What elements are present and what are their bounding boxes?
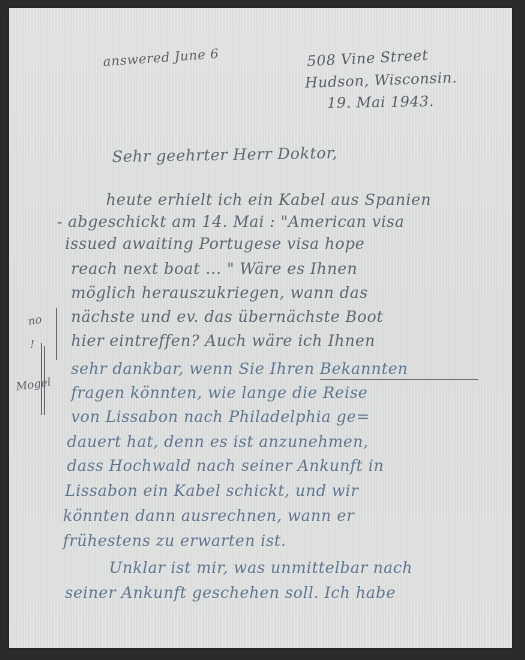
body-line: reach next boat ... " Wäre es Ihnen bbox=[71, 262, 358, 278]
margin-note-exclamation: ! bbox=[30, 338, 34, 351]
body-line: - abgeschickt am 14. Mai : "American vis… bbox=[57, 215, 405, 231]
body-line: könnten dann ausrechnen, wann er bbox=[63, 509, 354, 525]
body-line: von Lissabon nach Philadelphia ge= bbox=[71, 410, 370, 426]
body-line: seiner Ankunft geschehen soll. Ich habe bbox=[65, 586, 396, 602]
body-line: dauert hat, denn es ist anzunehmen, bbox=[67, 435, 369, 451]
margin-note-mogel: Mogel bbox=[15, 376, 51, 394]
body-line: nächste und ev. das übernächste Boot bbox=[71, 310, 383, 326]
letter-date: 19. Mai 1943. bbox=[327, 95, 434, 111]
body-line: hier eintreffen? Auch wäre ich Ihnen bbox=[71, 334, 375, 350]
margin-note-no: no bbox=[27, 313, 43, 328]
body-line: frühestens zu erwarten ist. bbox=[63, 534, 286, 550]
address-street: 508 Vine Street bbox=[307, 49, 429, 70]
answered-annotation: answered June 6 bbox=[103, 48, 220, 69]
body-line: Unklar ist mir, was unmittelbar nach bbox=[109, 561, 413, 577]
margin-bar-upper bbox=[56, 308, 57, 360]
underline-ihren-bekannten bbox=[320, 379, 478, 380]
salutation: Sehr geehrter Herr Doktor, bbox=[112, 146, 338, 165]
body-line: Lissabon ein Kabel schickt, und wir bbox=[65, 484, 359, 500]
body-line: fragen könnten, wie lange die Reise bbox=[71, 386, 368, 402]
address-city: Hudson, Wisconsin. bbox=[305, 71, 458, 91]
body-line: dass Hochwald nach seiner Ankunft in bbox=[67, 459, 384, 475]
body-line: möglich herauszukriegen, wann das bbox=[71, 286, 368, 302]
body-line: issued awaiting Portugese visa hope bbox=[65, 237, 365, 253]
body-line: sehr dankbar, wenn Sie Ihren Bekannten bbox=[71, 362, 408, 378]
letter-page: answered June 6 508 Vine Street Hudson, … bbox=[9, 8, 512, 648]
body-line: heute erhielt ich ein Kabel aus Spanien bbox=[106, 193, 431, 209]
scan-frame: answered June 6 508 Vine Street Hudson, … bbox=[0, 0, 525, 660]
